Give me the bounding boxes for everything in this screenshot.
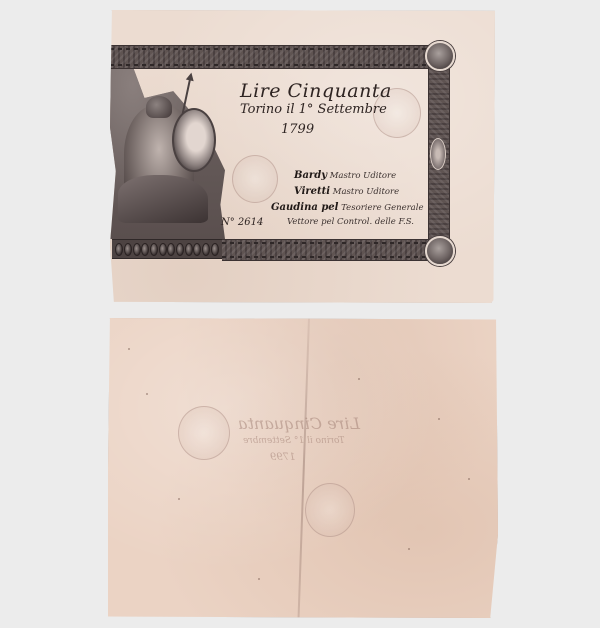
embossed-seal bbox=[232, 155, 278, 203]
foxing-spot bbox=[468, 478, 470, 480]
bead-ornament bbox=[202, 243, 210, 256]
denomination-title: Lire Cinquanta bbox=[240, 80, 392, 102]
foxing-spot bbox=[408, 548, 410, 550]
signature-role: Mastro Uditore bbox=[333, 187, 399, 197]
foxing-spot bbox=[438, 418, 440, 420]
engraved-border-bottom bbox=[222, 239, 445, 261]
embossed-seal bbox=[178, 406, 230, 460]
show-through-date: Torino il 1° Settembre bbox=[243, 436, 345, 446]
bead-ornament bbox=[176, 243, 184, 256]
foxing-spot bbox=[258, 578, 260, 580]
signature-name: Viretti bbox=[294, 186, 330, 197]
signature-name: Vettore pel bbox=[287, 217, 334, 227]
signature-line: Vettore pel Control. delle F.S. bbox=[287, 217, 414, 227]
helmet-icon bbox=[146, 96, 172, 118]
signature-name: Bardy bbox=[294, 170, 327, 181]
oval-cameo-icon bbox=[430, 138, 446, 170]
signature-line: Viretti Mastro Uditore bbox=[294, 186, 399, 197]
bead-ornament bbox=[150, 243, 158, 256]
minerva-drape bbox=[118, 175, 208, 223]
year: 1799 bbox=[281, 122, 314, 137]
fold-crease bbox=[298, 318, 310, 618]
signature-role: Mastro Uditore bbox=[330, 171, 396, 181]
bead-ornament bbox=[193, 243, 201, 256]
signature-line: Bardy Mastro Uditore bbox=[294, 170, 396, 181]
serial-number: N° 2614 bbox=[221, 217, 263, 228]
foxing-spot bbox=[128, 348, 130, 350]
banknote-front: Lire Cinquanta Torino il 1° Settembre 17… bbox=[110, 10, 495, 303]
engraved-border-top bbox=[110, 45, 445, 69]
bead-ornament bbox=[185, 243, 193, 256]
shield-portrait-icon bbox=[172, 108, 216, 172]
banknote-back: Lire Cinquanta Torino il 1° Settembre 17… bbox=[108, 318, 498, 618]
bead-ornament bbox=[159, 243, 167, 256]
signature-name: Gaudina pel bbox=[271, 202, 338, 213]
bead-ornament bbox=[141, 243, 149, 256]
medallion-top-right-icon bbox=[425, 41, 455, 71]
bead-ornament bbox=[167, 243, 175, 256]
signature-line: Gaudina pel Tesoriere Generale bbox=[271, 202, 424, 213]
place-date: Torino il 1° Settembre bbox=[240, 102, 387, 117]
foxing-spot bbox=[146, 393, 148, 395]
show-through-year: 1799 bbox=[270, 452, 295, 463]
signature-role: Tesoriere Generale bbox=[341, 203, 423, 213]
embossed-seal bbox=[305, 483, 355, 537]
medallion-bottom-right-icon bbox=[425, 236, 455, 266]
foxing-spot bbox=[178, 498, 180, 500]
bead-ornament bbox=[124, 243, 132, 256]
bead-ornament bbox=[133, 243, 141, 256]
bead-ornament bbox=[211, 243, 219, 256]
foxing-spot bbox=[358, 378, 360, 380]
show-through-title: Lire Cinquanta bbox=[238, 414, 360, 433]
signature-role: Control. delle F.S. bbox=[337, 217, 414, 227]
beaded-border bbox=[112, 239, 222, 259]
bead-ornament bbox=[115, 243, 123, 256]
